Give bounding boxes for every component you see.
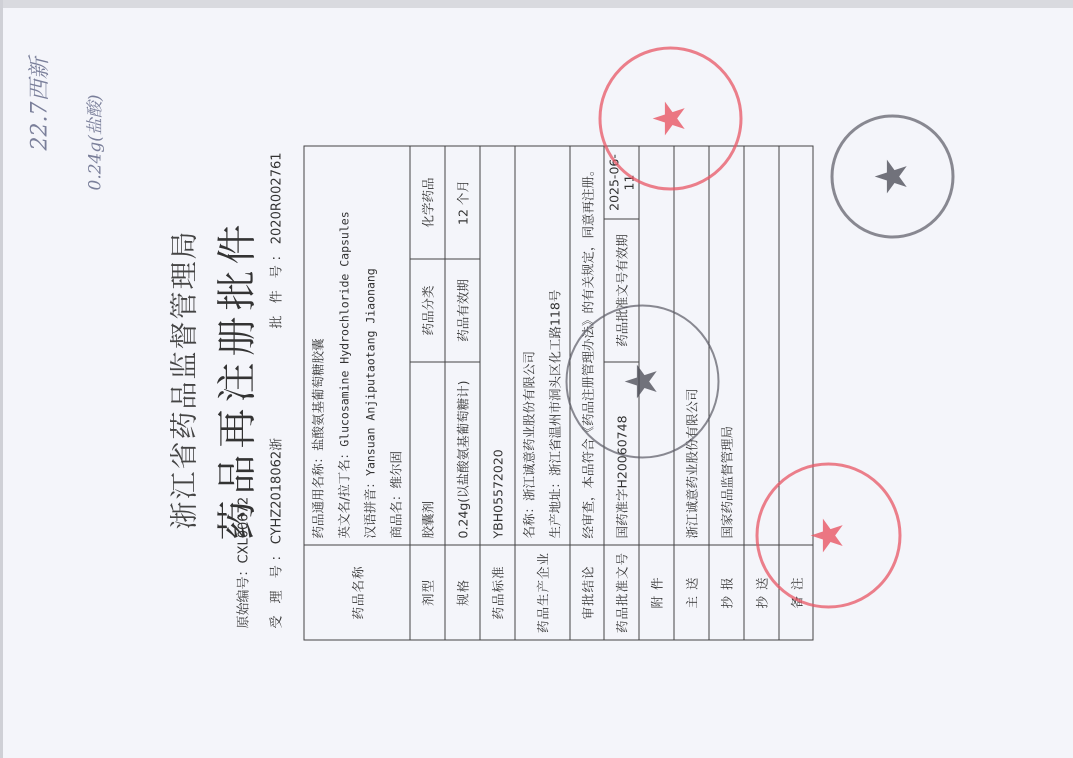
label-main-recipient: 主 送 <box>674 545 709 640</box>
issuing-agency: 浙江省药品监督管理局 <box>162 0 202 758</box>
row-dosage-form: 剂型 胶囊剂 药品分类 化学药品 <box>410 146 445 640</box>
row-manufacturer: 药品生产企业 名称：浙江诚意药业股份有限公司 生产地址：浙江省温州市洞头区化工路… <box>515 146 570 640</box>
agency-seal: ★ <box>830 114 954 238</box>
star-icon: ★ <box>806 515 850 554</box>
english-name: 英文名/拉丁名：Glucosamine Hydrochloride Capsul… <box>331 152 357 538</box>
drug-name-details: 药品通用名称：盐酸氨基葡萄糖胶囊 英文名/拉丁名：Glucosamine Hyd… <box>304 146 410 545</box>
handwritten-note: 22.7西新 <box>22 57 53 150</box>
document-page: 22.7西新 0.24g(盐酸) 浙江省药品监督管理局 药品再注册批件 原始编号… <box>0 0 1073 758</box>
label-approval-number: 药品批准文号 <box>604 545 639 640</box>
standard-value: YBH05572020 <box>480 146 515 545</box>
row-standard: 药品标准 YBH05572020 <box>480 146 515 640</box>
pinyin-name: 汉语拼音：Yansuan Anjiputaotang Jiaonang <box>357 152 383 538</box>
registration-form-table: 药品名称 药品通用名称：盐酸氨基葡萄糖胶囊 英文名/拉丁名：Glucosamin… <box>303 145 813 640</box>
label-report-to: 抄 报 <box>709 545 744 640</box>
label-dosage-form: 剂型 <box>410 545 445 640</box>
row-drug-name: 药品名称 药品通用名称：盐酸氨基葡萄糖胶囊 英文名/拉丁名：Glucosamin… <box>304 146 410 640</box>
company-seal-gray-center: ★ <box>565 304 719 458</box>
row-spec: 规格 0.24g(以盐酸氨基葡萄糖计) 药品有效期 12 个月 <box>445 146 480 640</box>
report-to-value: 国家药品监督管理局 <box>709 146 744 545</box>
spec-value: 0.24g(以盐酸氨基葡萄糖计) <box>445 362 479 545</box>
handwritten-note-spec: 0.24g(盐酸) <box>80 94 105 190</box>
label-manufacturer: 药品生产企业 <box>515 545 570 640</box>
star-icon: ★ <box>648 98 692 137</box>
label-drug-name: 药品名称 <box>304 545 410 640</box>
validity-value: 12 个月 <box>445 146 479 259</box>
label-conclusion: 审批结论 <box>570 545 604 640</box>
document-title: 药品再注册批件 <box>205 0 262 758</box>
drug-class-value: 化学药品 <box>410 146 444 259</box>
manufacturer-address: 生产地址：浙江省温州市洞头区化工路118号 <box>542 152 568 538</box>
label-validity: 药品有效期 <box>445 259 479 362</box>
copy-to-value <box>744 146 779 545</box>
trade-name: 商品名：维尔固 <box>383 152 409 538</box>
label-standard: 药品标准 <box>480 545 515 640</box>
label-spec: 规格 <box>445 545 480 640</box>
approval-document-number: 批 件 号：2020R002761 <box>265 152 284 328</box>
generic-name: 药品通用名称：盐酸氨基葡萄糖胶囊 <box>305 152 331 538</box>
acceptance-number: 受 理 号：CYHZ2018062浙 <box>265 437 284 628</box>
label-attachment: 附 件 <box>639 545 674 640</box>
dosage-form-value: 胶囊剂 <box>410 362 444 545</box>
company-seal-red-top: ★ <box>598 46 742 190</box>
manufacturer-name: 名称：浙江诚意药业股份有限公司 <box>516 152 542 538</box>
original-number: 原始编号：CXL00672 <box>232 496 251 628</box>
star-icon: ★ <box>620 361 664 400</box>
heilongjiang-seal: ★ <box>755 462 901 608</box>
star-icon: ★ <box>870 156 914 195</box>
label-drug-class: 药品分类 <box>410 259 444 362</box>
